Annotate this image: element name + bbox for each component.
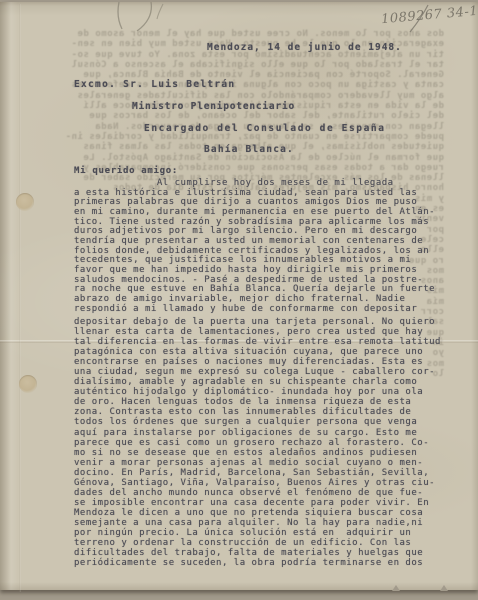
- recipient-location: Bahía Blanca.: [204, 144, 294, 155]
- punch-hole: [16, 193, 34, 211]
- punch-hole: [19, 375, 37, 393]
- pencil-scribble: [105, 2, 175, 34]
- salutation: Mi querido amigo:: [74, 166, 178, 176]
- letter-body-paragraph-2: depositar debajo de la puerta una tarjet…: [74, 317, 441, 568]
- scanned-letter-page: dos años por lo menos. No cree usted que…: [0, 0, 478, 600]
- letter-body-paragraph-1: Al cumplirse hoy dos meses de mi llegada…: [74, 179, 435, 314]
- left-edge-crease: [19, 4, 21, 592]
- paper-tear: [392, 585, 400, 591]
- recipient-subtitle: Encargado del Consulado de España: [144, 123, 386, 134]
- archival-number-annotation: 1089267 34-1: [381, 4, 478, 27]
- recipient-title: Ministro Plenipotenciario: [132, 101, 295, 112]
- dateline: Mendoza, 14 de junio de 1948.: [207, 42, 402, 53]
- recipient-name: Excmo. Sr. Luis Beltrán: [74, 79, 235, 90]
- paper-sheet: dos años por lo menos. No cree usted que…: [0, 2, 478, 590]
- paper-tear: [440, 585, 448, 591]
